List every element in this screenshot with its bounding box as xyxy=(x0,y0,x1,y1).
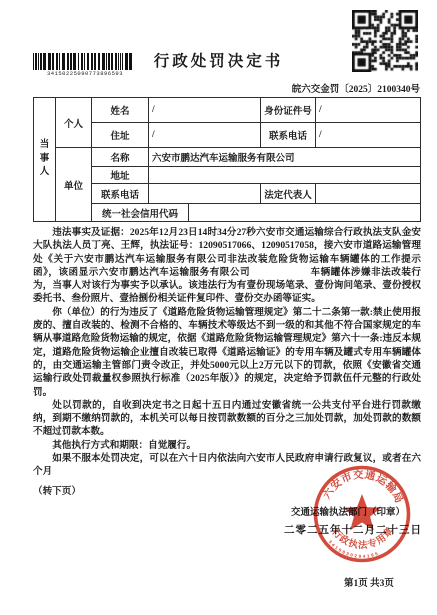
address-value-individual: / xyxy=(149,123,261,148)
id-number-value: / xyxy=(316,98,421,123)
org-phone-value xyxy=(149,184,261,204)
phone-value-individual: / xyxy=(316,123,421,148)
barcode-number: 34150225090773896593 xyxy=(33,70,137,77)
body-paragraph: 违法事实及证据：2025年12月23日14时34分27秒六安市交通运输综合行政执… xyxy=(33,226,421,306)
svg-text:行政执法专用章: 行政执法专用章 xyxy=(329,524,396,551)
org-name-value: 六安市鹏达汽车运输服务有限公司 xyxy=(149,148,421,167)
credit-code-value xyxy=(189,204,421,222)
qr-code-icon xyxy=(352,10,418,72)
credit-code-label: 统一社会信用代码 xyxy=(92,204,189,222)
name-value: / xyxy=(149,98,261,123)
id-number-label: 身份证件号 xyxy=(261,98,316,123)
organization-label: 单位 xyxy=(56,148,92,222)
org-phone-label: 联系电话 xyxy=(92,184,149,204)
seal-bottom-text: 行政执法专用章 xyxy=(329,524,396,551)
individual-label: 个人 xyxy=(56,98,92,148)
penalty-decision-document: 34150225090773896593 行政处罚决定书 皖六交金罚〔2025〕… xyxy=(0,0,437,615)
official-seal-icon: 六安市交通运输局 行政执法专用章 3415030204185 xyxy=(310,462,414,566)
name-label: 姓名 xyxy=(92,98,149,123)
phone-label-individual: 联系电话 xyxy=(261,123,316,148)
seal-star-icon xyxy=(343,494,381,530)
party-label: 当事人 xyxy=(34,98,56,222)
address-label-individual: 住址 xyxy=(92,123,149,148)
body-paragraph: 你（单位）的行为违反了《道路危险货物运输管理规定》第二十二条第一款:禁止使用报废… xyxy=(33,306,421,399)
legal-rep-value xyxy=(316,184,421,204)
document-number: 皖六交金罚〔2025〕2100340号 xyxy=(292,81,420,95)
org-address-value xyxy=(149,167,421,184)
body-paragraph: 其他执行方式和期限：自觉履行。 xyxy=(33,439,421,452)
page-number: 第1页 共3页 xyxy=(344,575,394,589)
body-paragraph: 处以罚款的，自收到决定书之日起十五日内通过安徽省统一公共支付平台进行罚款缴纳，到… xyxy=(33,399,421,439)
legal-rep-label: 法定代表人 xyxy=(261,184,316,204)
party-table: 当事人 个人 姓名 / 身份证件号 / 住址 / 联系电话 / 单位 名称 六安… xyxy=(33,97,421,222)
body-paragraphs: 违法事实及证据：2025年12月23日14时34分27秒六安市交通运输综合行政执… xyxy=(33,226,421,498)
org-address-label: 地址 xyxy=(92,167,149,184)
org-name-label: 名称 xyxy=(92,148,149,167)
